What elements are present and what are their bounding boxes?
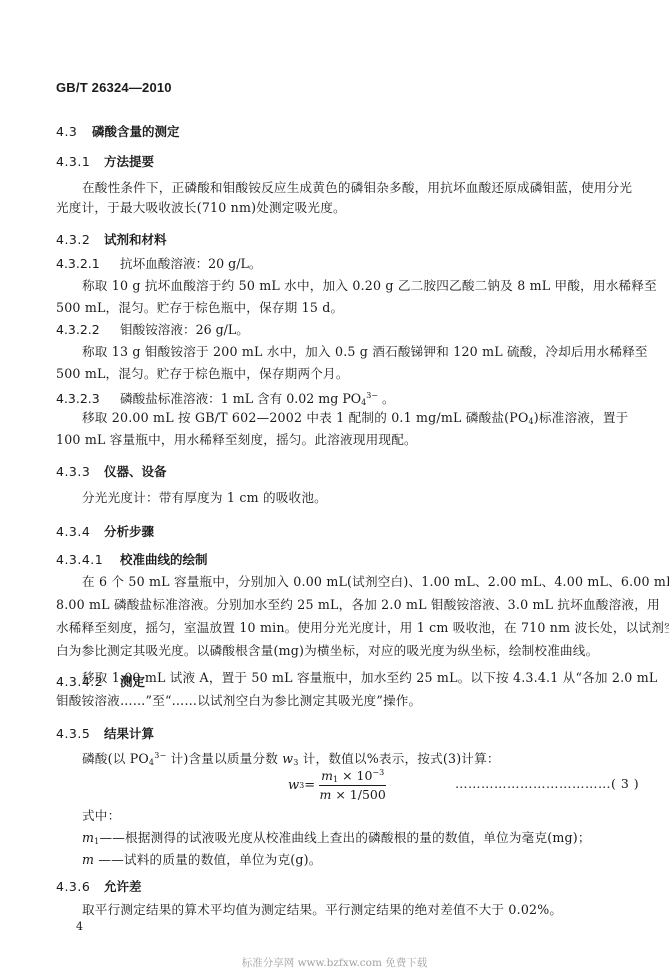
paragraph-line: 8.00 mL 磷酸盐标准溶液。分别加水至约 25 mL，各加 2.0 mL 钼… (56, 593, 660, 617)
dash: —— (94, 852, 124, 867)
text: 磷酸(以 PO (82, 751, 149, 766)
standard-code: GB/T 26324—2010 (56, 80, 172, 95)
footer-watermark: 标准分享网 www.bzfxw.com 免费下载 (0, 955, 669, 970)
symbol: m (82, 830, 94, 845)
dash: —— (99, 830, 125, 845)
paragraph-line: 光度计，于最大吸收波长(710 nm)处测定吸光度。 (56, 196, 346, 220)
paragraph-line: 称取 13 g 钼酸铵溶于 200 mL 水中，加入 0.5 g 酒石酸锑钾和 … (82, 340, 648, 364)
text: × 1/500 (331, 787, 385, 802)
paragraph-line: 称取 10 g 抗坏血酸溶于约 50 mL 水中，加入 0.20 g 乙二胺四乙… (82, 274, 657, 298)
paragraph-line: 500 mL，混匀。贮存于棕色瓶中，保存期两个月。 (56, 362, 349, 386)
paragraph-line: 水稀释至刻度，摇匀，室温放置 10 min。使用分光光度计，用 1 cm 吸收池… (56, 616, 669, 640)
heading-4-3-2-1: 4.3.2.1抗坏血酸溶液：20 g/L。 (56, 252, 261, 276)
page-number: 4 (76, 920, 83, 933)
paragraph-line: 分光光度计：带有厚度为 1 cm 的吸收池。 (82, 486, 327, 510)
fraction: m1 × 10−3 m × 1/500 (319, 768, 386, 802)
section-title: 钼酸铵溶液：26 g/L。 (120, 322, 249, 337)
section-title: 仪器、设备 (104, 464, 167, 479)
section-title: 抗坏血酸溶液：20 g/L。 (120, 256, 261, 271)
superscript: −3 (372, 768, 384, 777)
heading-4-3: 4.3磷酸含量的测定 (56, 122, 180, 140)
heading-4-3-1: 4.3.1方法提要 (56, 152, 154, 170)
section-title: 磷酸盐标准溶液：1 mL 含有 0.02 mg PO43− 。 (120, 391, 395, 406)
section-number: 4.3.2.2 (56, 318, 120, 342)
text: 移取 20.00 mL 按 GB/T 602—2002 中表 1 配制的 0.1… (82, 410, 528, 425)
where-label: 式中： (82, 804, 120, 828)
heading-4-3-2-2: 4.3.2.2钼酸铵溶液：26 g/L。 (56, 318, 249, 342)
heading-4-3-2: 4.3.2试剂和材料 (56, 230, 167, 248)
section-number: 4.3.4 (56, 524, 104, 539)
formula-lhs: w (288, 778, 299, 793)
paragraph-line: 钼酸铵溶液……”至“……以试剂空白为参比测定其吸光度”操作。 (56, 689, 421, 713)
heading-4-3-4: 4.3.4分析步骤 (56, 522, 154, 540)
section-title: 分析步骤 (104, 524, 154, 539)
variable: m (321, 768, 333, 783)
symbol: m (82, 852, 94, 867)
heading-4-3-4-1: 4.3.4.1校准曲线的绘制 (56, 550, 208, 568)
heading-4-3-5: 4.3.5结果计算 (56, 724, 154, 742)
heading-4-3-6: 4.3.6允许差 (56, 877, 142, 895)
section-title: 磷酸含量的测定 (92, 124, 180, 139)
superscript: 3− (366, 391, 378, 400)
formula-3: w3 = m1 × 10−3 m × 1/500 (288, 768, 386, 802)
text: 计)含量以质量分数 (166, 751, 282, 766)
paragraph-line: 100 mL 容量瓶中，用水稀释至刻度，摇匀。此溶液现用现配。 (56, 428, 417, 452)
title-text: 。 (378, 391, 395, 406)
paragraph-line: 移取 1.00 mL 试液 A，置于 50 mL 容量瓶中，加水至约 25 mL… (82, 666, 657, 690)
section-number: 4.3.5 (56, 726, 104, 741)
definition-text: 试料的质量的数值，单位为克(g)。 (124, 852, 322, 867)
heading-4-3-3: 4.3.3仪器、设备 (56, 462, 167, 480)
section-title: 允许差 (104, 879, 142, 894)
variable: w (282, 751, 293, 766)
section-number: 4.3.4.1 (56, 552, 120, 567)
variable: m (320, 787, 332, 802)
section-number: 4.3 (56, 124, 92, 139)
section-title: 校准曲线的绘制 (120, 552, 208, 567)
definition-m: m ——试料的质量的数值，单位为克(g)。 (82, 848, 322, 872)
section-title: 试剂和材料 (104, 232, 167, 247)
superscript: 3− (154, 751, 166, 760)
section-number: 4.3.6 (56, 879, 104, 894)
title-text: 磷酸盐标准溶液：1 mL 含有 0.02 mg PO (120, 391, 361, 406)
equals-sign: = (304, 778, 315, 793)
text: )标准溶液，置于 (534, 410, 629, 425)
paragraph-line: 500 mL，混匀。贮存于棕色瓶中，保存期 15 d。 (56, 296, 343, 320)
section-number: 4.3.2 (56, 232, 104, 247)
paragraph-line: 在 6 个 50 mL 容量瓶中，分别加入 0.00 mL(试剂空白)、1.00… (82, 570, 669, 594)
section-number: 4.3.2.1 (56, 252, 120, 276)
equation-number: ………………………………( 3 ) (455, 776, 639, 791)
definition-text: 根据测得的试液吸光度从校准曲线上查出的磷酸根的量的数值，单位为毫克(mg)； (125, 830, 591, 845)
section-number: 4.3.1 (56, 154, 104, 169)
denominator: m × 1/500 (320, 786, 386, 802)
section-title: 方法提要 (104, 154, 154, 169)
section-title: 结果计算 (104, 726, 154, 741)
paragraph-line: 白为参比测定其吸光度。以磷酸根含量(mg)为横坐标，对应的吸光度为纵坐标，绘制校… (56, 639, 598, 663)
text: × 10 (338, 768, 372, 783)
text: 计，数值以%表示，按式(3)计算： (299, 751, 500, 766)
numerator: m1 × 10−3 (319, 768, 386, 786)
section-number: 4.3.3 (56, 464, 104, 479)
paragraph-line: 取平行测定结果的算术平均值为测定结果。平行测定结果的绝对差值不大于 0.02%。 (82, 898, 562, 922)
